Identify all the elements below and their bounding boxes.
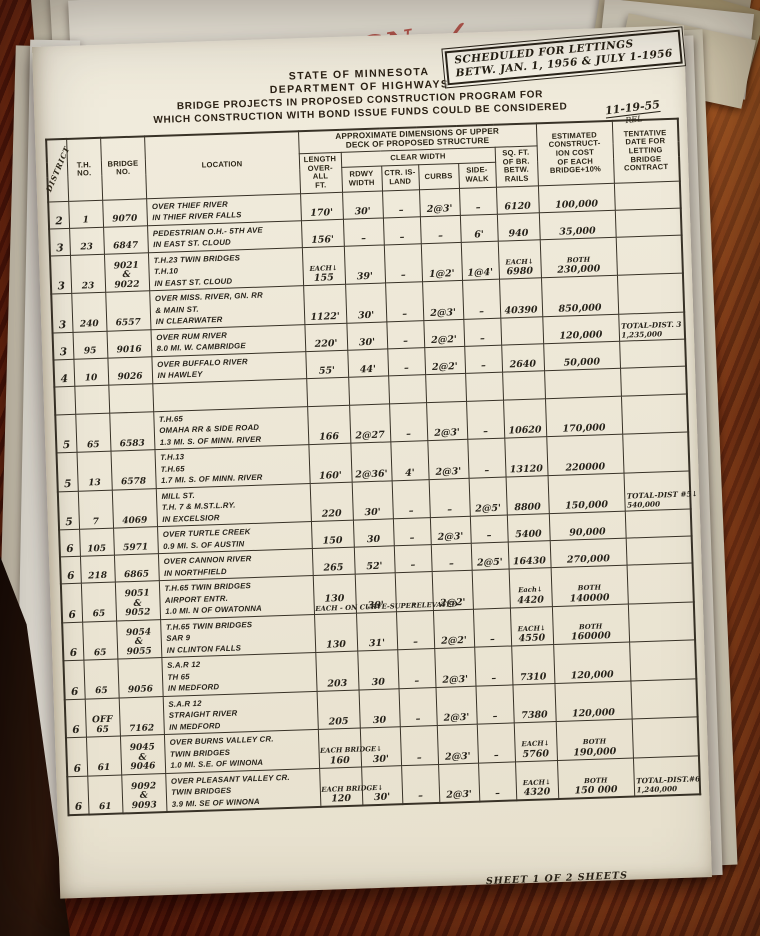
bridge-projects-table: DISTRICT T.H. NO. BRIDGE NO. LOCATION AP… [45, 118, 701, 817]
cell-bridge: 6557 [105, 291, 150, 331]
cell-walk: – [475, 685, 513, 725]
cell-walk: 1@4' [461, 241, 499, 281]
cell-district: 5 [58, 491, 79, 530]
cell-district: 2 [48, 201, 69, 229]
cell-cost [544, 368, 621, 399]
cell-ctr [388, 374, 426, 403]
cell-len-pre: EACH BRIDGE↓ [320, 747, 359, 756]
cell-curbs: 2@2' [433, 609, 474, 649]
cell-date [614, 181, 681, 210]
cell-cost: 35,000 [539, 210, 616, 240]
cell-ctr: – [386, 320, 424, 348]
cell-date [616, 235, 683, 276]
cell-date [627, 563, 694, 604]
cell-th: 105 [79, 528, 114, 556]
cell-bridge: 9070 [102, 198, 147, 226]
header-bridge-no: BRIDGE NO. [100, 136, 146, 199]
cell-curbs: 2@3' [435, 686, 476, 726]
cell-len: 150 [311, 520, 354, 548]
cell-rdwy: 30' [346, 322, 387, 350]
cell-len: 130 [314, 613, 357, 653]
cell-curbs: 2@3' [434, 647, 475, 687]
cell-loc: T.H.65 TWIN BRIDGES AIRPORT ENTR. 1.0 MI… [159, 576, 314, 620]
cell-len: 160' [308, 443, 351, 483]
cell-ctr: – [382, 189, 420, 217]
cell-loc: OVER BURNS VALLEY CR. TWIN BRIDGES 1.0 M… [164, 730, 319, 774]
cell-rdwy: 44' [347, 348, 388, 376]
cell-bridge: 9045 & 9046 [120, 735, 165, 775]
cell-district: 3 [53, 332, 74, 360]
cell-curbs: 2@2' [424, 346, 465, 374]
header-cost: ESTIMATED CONSTRUCT- ION COST OF EACH BR… [536, 121, 614, 186]
cell-sqft: 2640 [501, 343, 544, 371]
cell-sqft-v: 6980 [500, 265, 539, 277]
cell-bridge [108, 383, 153, 412]
cell-district [54, 386, 75, 415]
cell-date [621, 394, 688, 435]
cell-rdwy: 31' [356, 611, 397, 651]
cell-ctr: 4' [390, 441, 428, 481]
cell-len: EACH BRIDGE↓120 [319, 767, 362, 807]
cell-th: 23 [70, 254, 105, 294]
cell-walk: 2@5' [469, 477, 507, 517]
cell-loc: T.H.13 T.H.65 1.7 MI. S. OF MINN. RIVER [154, 445, 309, 489]
cell-cost: 170,000 [545, 396, 622, 437]
sheet-footer: SHEET 1 OF 2 SHEETS [486, 870, 628, 887]
cell-district: 5 [55, 414, 76, 453]
cell-th: 10 [73, 358, 108, 386]
cell-cost-v: 140000 [553, 591, 626, 604]
cell-th: 7 [78, 490, 113, 530]
cell-sqft: 5400 [507, 514, 550, 542]
cell-ctr: – [397, 649, 435, 689]
cell-curbs: 2@3' [427, 439, 468, 479]
cell-bridge: 9016 [107, 329, 152, 357]
cell-len: 55' [305, 350, 348, 378]
cell-sqft: 7380 [512, 683, 555, 723]
cell-loc: OVER PLEASANT VALLEY CR. TWIN BRIDGES 3.… [165, 768, 320, 812]
cell-date [615, 208, 682, 237]
cell-cost: 120,000 [553, 642, 630, 683]
cell-ctr: – [400, 726, 438, 766]
cell-curbs: 2@3' [426, 401, 467, 441]
cell-len: 130EACH - ON CURVE-SUPERELEVATED [313, 574, 356, 614]
cell-district: 6 [63, 660, 84, 699]
cell-date [632, 717, 699, 758]
cell-walk: – [477, 723, 515, 763]
cell-district: 6 [61, 583, 82, 622]
cell-sqft-v: 4550 [512, 632, 551, 644]
cell-date: TOTAL-DIST. 3 1,235,000 [618, 312, 685, 341]
cell-len: EACH↓155 [302, 246, 345, 286]
cell-th: 1 [68, 200, 103, 228]
cell-date [626, 536, 693, 565]
cell-th: 23 [69, 227, 104, 255]
cell-rdwy: 30' [342, 191, 383, 219]
cell-cost: BOTH230,000 [540, 237, 617, 278]
cell-bridge: 5971 [113, 527, 158, 555]
cell-th: 13 [77, 451, 112, 491]
cell-loc: OVER MISS. RIVER, GN. RR & MAIN ST. IN C… [149, 286, 304, 330]
cell-district: 6 [67, 776, 88, 816]
cell-walk: – [466, 400, 504, 440]
cell-curbs: 1@2' [421, 242, 462, 282]
cell-cost: 100,000 [538, 183, 615, 213]
cell-date [620, 366, 687, 396]
cell-walk [472, 569, 510, 609]
cell-len: 166 [307, 405, 350, 445]
cell-len-v: 155 [304, 272, 343, 284]
cell-ctr: – [389, 402, 427, 442]
cell-cost: BOTH150 000 [557, 758, 634, 799]
cell-len: 170' [300, 192, 343, 220]
cell-bridge: 6583 [109, 411, 154, 451]
cell-cost: 220000 [546, 434, 623, 475]
cell-ctr: – [399, 687, 437, 727]
header-ctr-island: CTR. IS- LAND [381, 165, 419, 191]
cell-district: 6 [62, 622, 83, 661]
cell-sqft: EACH↓6980 [498, 239, 541, 279]
cell-date [628, 601, 695, 642]
cell-sqft: EACH↓5760 [514, 722, 557, 762]
cell-walk: – [470, 515, 508, 543]
cell-date [622, 432, 689, 473]
cell-sqft: 7310 [511, 645, 554, 685]
cell-ctr: – [383, 216, 421, 244]
cell-curbs: – [431, 543, 472, 571]
cell-district: 3 [50, 255, 71, 294]
cell-len: 265 [312, 547, 355, 575]
cell-walk: – [467, 438, 505, 478]
cell-ctr: – [384, 243, 422, 283]
cell-bridge: 9092 & 9093 [121, 773, 166, 813]
header-location: LOCATION [144, 131, 300, 198]
cell-th: 65 [83, 659, 118, 699]
header-curbs: CURBS [418, 164, 459, 190]
cell-cost-v: 230,000 [542, 263, 615, 276]
cell-th: 65 [81, 582, 116, 622]
cell-len: 220 [310, 482, 353, 522]
cell-bridge: 9051 & 9052 [115, 581, 160, 621]
cell-sqft [502, 370, 545, 399]
cell-curbs: 2@3' [437, 724, 478, 764]
cell-district: 4 [53, 359, 74, 387]
cell-curbs: 2@3' [422, 280, 463, 320]
cell-th [74, 385, 109, 414]
cell-len [306, 377, 349, 406]
cell-bridge: 6865 [114, 554, 159, 582]
header-sqft: SQ. FT. OF BR. BETW. RAILS [495, 146, 538, 187]
cell-curbs: 2@3' [438, 763, 479, 803]
cell-rdwy: 30 [359, 688, 400, 728]
cell-cost-v: 160000 [554, 630, 627, 643]
cell-len-post: EACH - ON CURVE-SUPERELEVATED [315, 603, 354, 612]
cell-sqft: Each↓4420 [509, 568, 552, 608]
cell-bridge: 7162 [119, 696, 164, 736]
cell-cost: 120,000 [554, 681, 631, 722]
cell-sqft: 10620 [503, 398, 546, 438]
cell-bridge: 9056 [117, 658, 162, 698]
cell-len-v: 120 [321, 793, 360, 805]
cell-cost: 50,000 [543, 341, 620, 371]
cell-th: 61 [86, 736, 121, 776]
cell-len-v: 160 [320, 754, 359, 766]
cell-bridge: 6847 [103, 225, 148, 253]
cell-ctr: – [394, 545, 432, 573]
cell-rdwy: 2@36' [350, 442, 391, 482]
cell-loc: MILL ST. T.H. 7 & M.ST.L.RY. IN EXCELSIO… [156, 483, 311, 527]
cell-th: 65 [82, 621, 117, 661]
cell-walk: – [478, 761, 516, 801]
cell-sqft-v: 4320 [517, 786, 556, 798]
cell-walk: – [474, 646, 512, 686]
cell-rdwy: 30' [345, 283, 386, 323]
cell-rdwy: – [343, 218, 384, 246]
cell-len: 156' [301, 219, 344, 247]
cell-len: 220' [304, 323, 347, 351]
cell-loc: S.A.R 12 TH 65 IN MEDFORD [161, 653, 316, 697]
header-district: DISTRICT [46, 139, 68, 202]
cell-district: 6 [66, 737, 87, 776]
cell-district: 6 [65, 699, 86, 738]
cell-loc: T.H.23 TWIN BRIDGES T.H.10 IN EAST ST. C… [148, 247, 303, 291]
cell-date [629, 640, 696, 681]
cell-sqft: 13120 [504, 437, 547, 477]
photo-of-document: { "annotations": { "red_note": "WCN. ✓",… [0, 0, 760, 936]
cell-walk: 2@5' [471, 542, 509, 570]
cell-loc: T.H.65 OMAHA RR & SIDE ROAD 1.3 MI. S. O… [153, 406, 308, 450]
cell-curbs: 2@2' [423, 319, 464, 347]
header-rdwy-width: RDWY WIDTH [341, 166, 382, 192]
cell-cost: BOTH190,000 [556, 719, 633, 760]
cell-bridge: 9026 [107, 356, 152, 384]
cell-rdwy: 39' [344, 245, 385, 285]
cell-curbs: – [420, 215, 461, 243]
cell-cost: 90,000 [549, 511, 626, 541]
header-sidewalk: SIDE- WALK [458, 162, 496, 188]
cell-loc: S.A.R 12 STRAIGHT RIVER IN MEDFORD [163, 691, 318, 735]
cell-cost-v: 150 000 [559, 784, 632, 797]
cell-sqft: 6120 [496, 185, 539, 213]
cell-loc: T.H.65 TWIN BRIDGES SAR 9 IN CLINTON FAL… [160, 614, 315, 658]
cell-sqft: EACH↓4550 [510, 606, 553, 646]
cell-cost: BOTH160000 [552, 604, 629, 645]
cell-bridge: 6578 [110, 450, 155, 490]
cell-th: 218 [80, 555, 115, 583]
cell-rdwy: 30 [353, 519, 394, 547]
cell-walk: – [459, 187, 497, 215]
cell-date [630, 678, 697, 719]
cell-walk: – [463, 318, 501, 346]
cell-sqft: EACH↓4320 [515, 760, 558, 800]
cell-walk: – [464, 345, 502, 373]
cell-bridge: 4069 [112, 488, 157, 528]
cell-sqft: 940 [497, 212, 540, 240]
cell-district: 3 [51, 293, 72, 332]
header-length: LENGTH OVER- ALL FT. [299, 153, 342, 194]
cell-rdwy [348, 375, 389, 404]
cell-curbs: 2@3' [419, 188, 460, 216]
cell-rdwy: 52' [354, 546, 395, 574]
cell-curbs: – [429, 478, 470, 518]
cell-date: TOTAL-DIST #5↓ 540,000 [624, 471, 691, 512]
cell-curbs [425, 373, 466, 402]
cell-date [619, 339, 686, 368]
cell-th: 65 [75, 413, 110, 453]
cell-district: 3 [49, 228, 70, 256]
cell-date [625, 509, 692, 538]
cell-sqft: 40390 [499, 278, 542, 318]
cell-walk: – [462, 279, 500, 319]
cell-cost: 120,000 [542, 314, 619, 344]
cell-sqft-pre: EACH↓ [516, 740, 555, 749]
table-body: 219070OVER THIEF RIVER IN THIEF RIVER FA… [48, 181, 700, 816]
cell-curbs: 2@3' [430, 516, 471, 544]
cell-th: 61 [87, 775, 122, 815]
cell-walk [465, 372, 503, 401]
cell-sqft: 16430 [508, 541, 551, 569]
cell-len: EACH BRIDGE↓160 [318, 728, 361, 768]
cell-cost: 850,000 [541, 275, 618, 316]
cell-cost: 150,000 [548, 473, 625, 514]
cell-rdwy: 30 [357, 650, 398, 690]
cell-sqft: 8800 [506, 475, 549, 515]
cell-th: 240 [71, 292, 106, 332]
cell-date: TOTAL-DIST.#6 1,240,000 [633, 755, 700, 796]
cell-cost: 270,000 [550, 538, 627, 568]
cell-th: 95 [73, 331, 108, 359]
cell-ctr: – [401, 764, 439, 804]
header-date: TENTATIVE DATE FOR LETTING BRIDGE CONTRA… [612, 119, 680, 183]
cell-ctr: – [392, 479, 430, 519]
cell-sqft-v: 5760 [516, 748, 555, 760]
cell-cost: BOTH140000 [551, 565, 628, 606]
cell-ctr: – [387, 347, 425, 375]
cell-len: 1122' [303, 284, 346, 324]
cell-rdwy: 2@27 [349, 403, 390, 443]
cell-rdwy: 30' [352, 480, 393, 520]
cell-len: 203 [315, 651, 358, 691]
cell-sqft [500, 316, 543, 344]
cell-sqft-v: 4420 [511, 594, 550, 606]
cell-ctr: – [385, 282, 423, 322]
main-sheet: SCHEDULED FOR LETTINGS BETW. JAN. 1, 195… [32, 25, 712, 898]
cell-walk: 6' [460, 214, 498, 242]
cell-ctr: – [393, 518, 431, 546]
cell-district: 5 [57, 452, 78, 491]
cell-cost-v: 190,000 [558, 745, 631, 758]
cell-district: 6 [60, 556, 81, 584]
cell-district: 6 [59, 529, 80, 557]
cell-bridge: 9054 & 9055 [116, 619, 161, 659]
cell-ctr: – [396, 610, 434, 650]
cell-walk: – [473, 608, 511, 648]
cell-date [617, 273, 684, 314]
cell-th: OFF 65 [85, 698, 120, 738]
cell-len: 205 [317, 690, 360, 730]
cell-bridge: 9021 & 9022 [104, 252, 149, 292]
